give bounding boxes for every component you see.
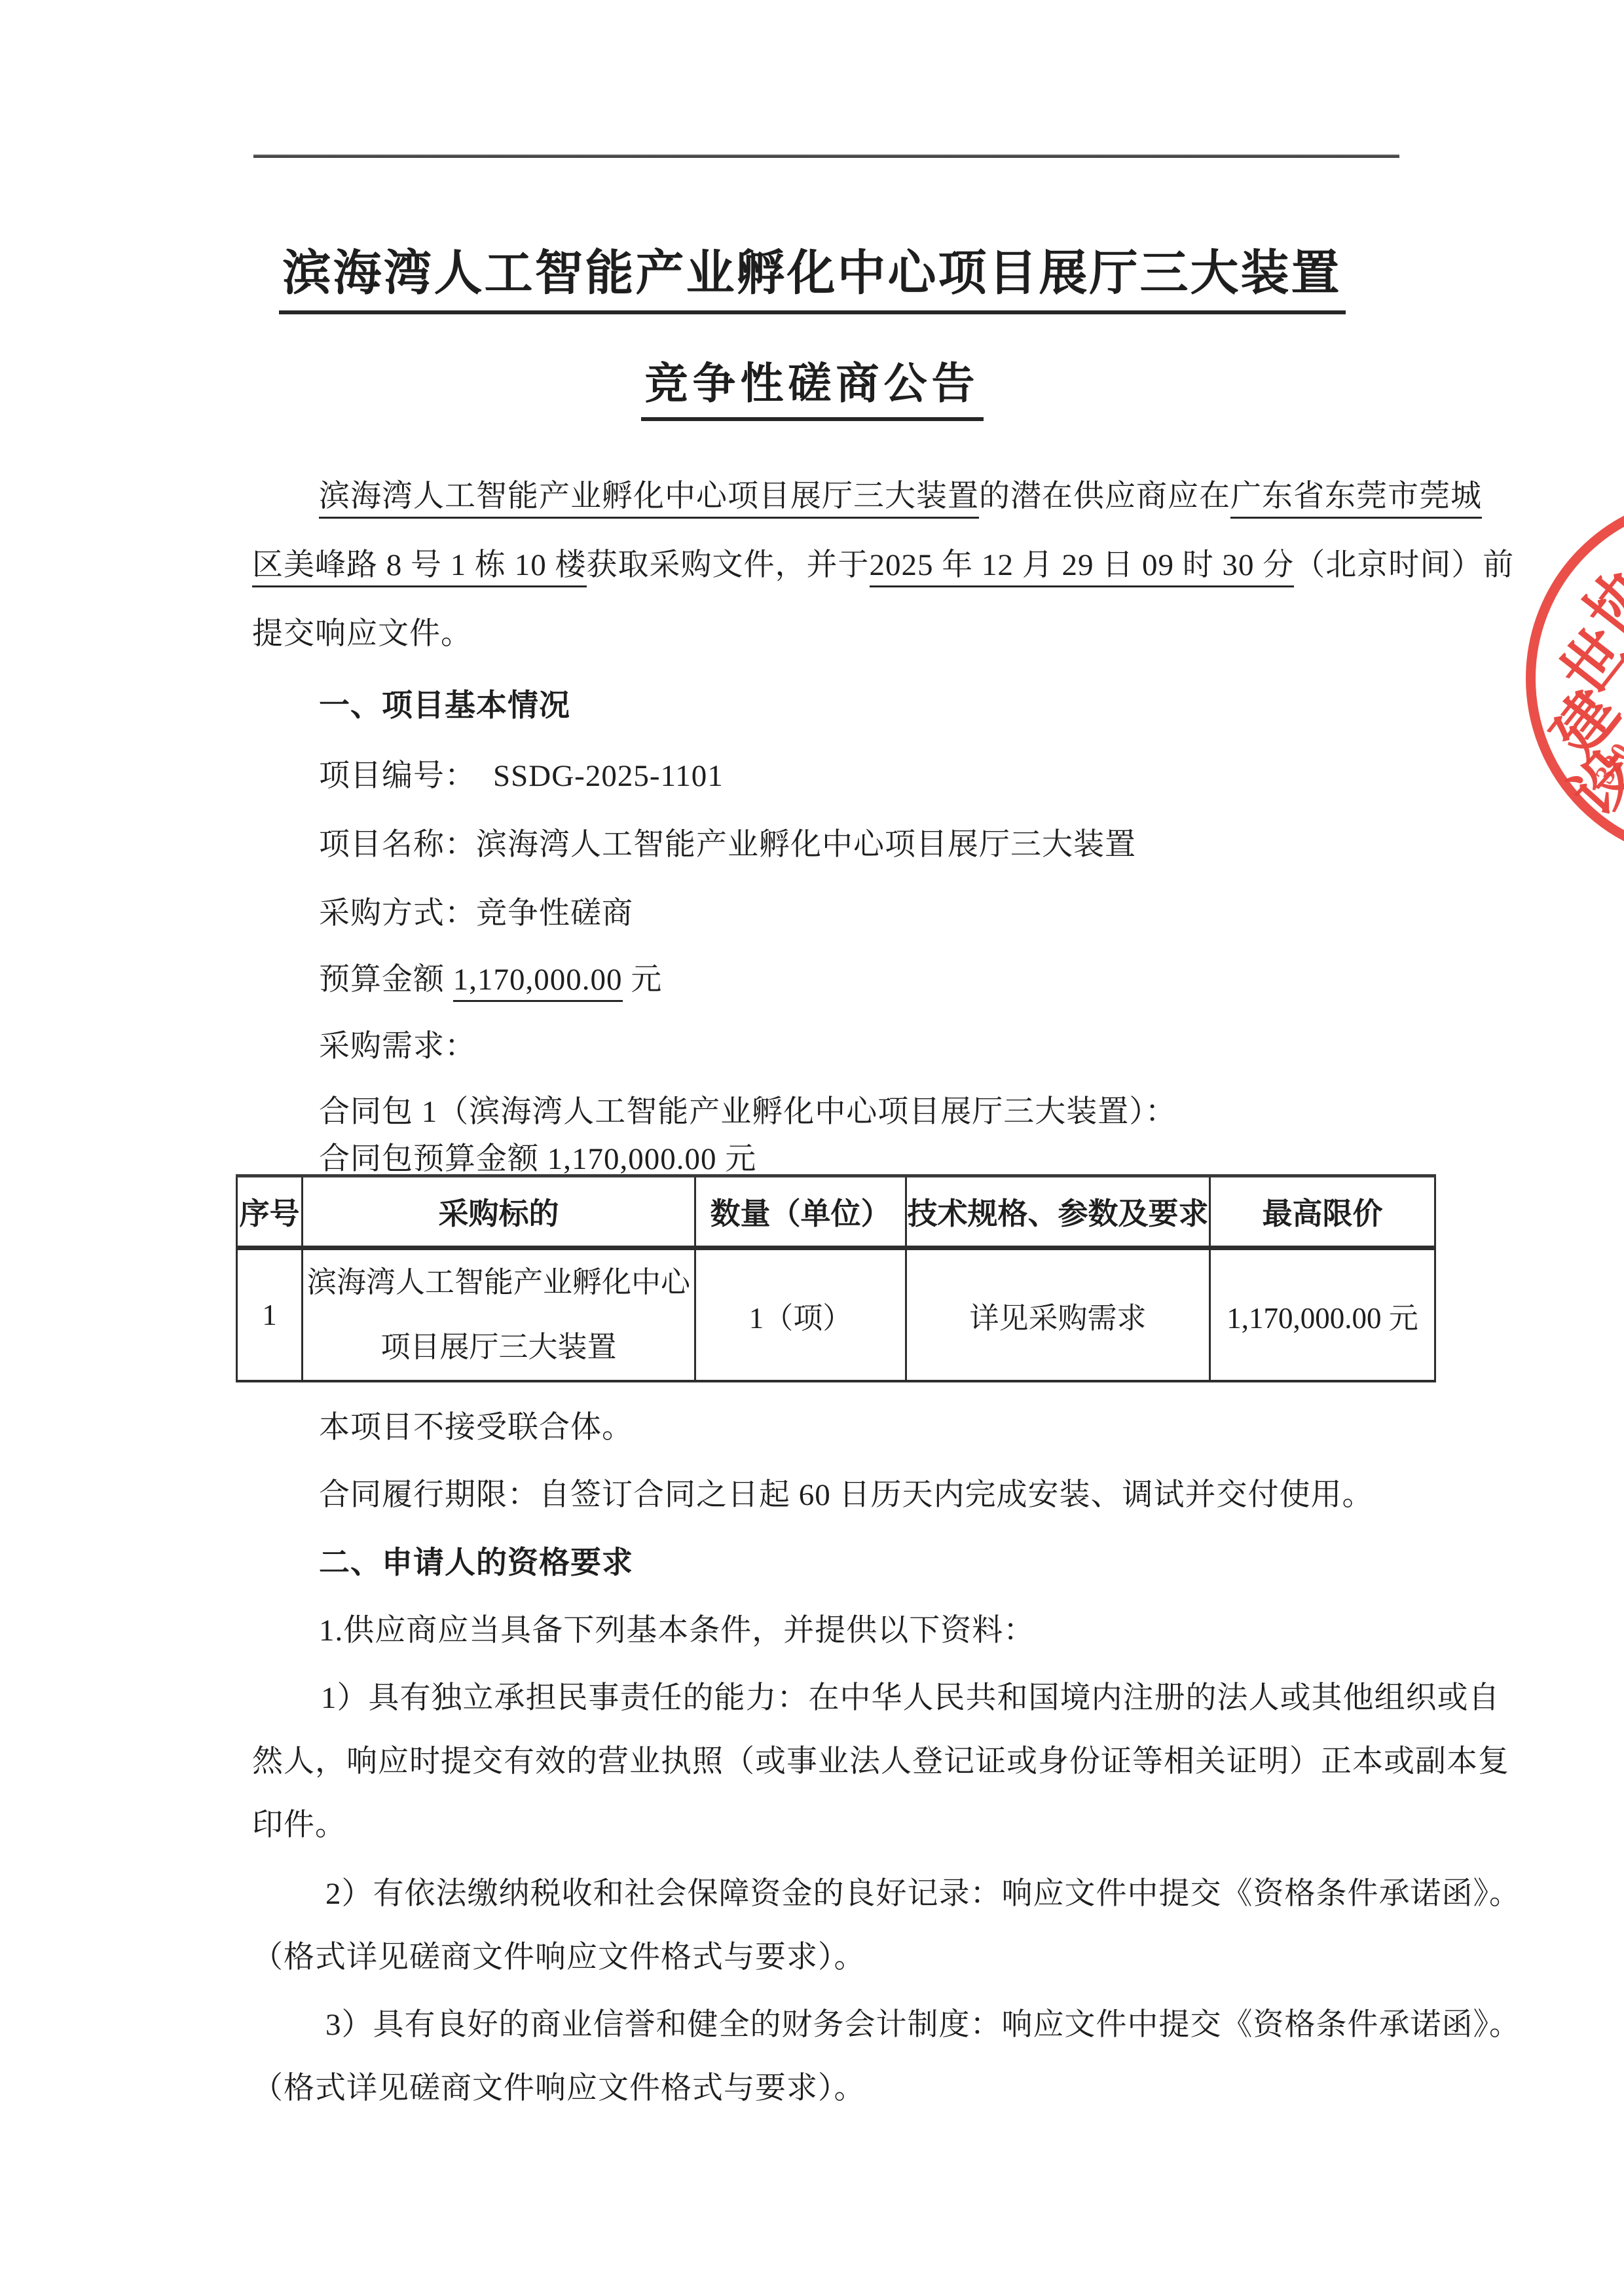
cell-seq: 1: [237, 1248, 303, 1382]
contract-package-line: 合同包 1（滨海湾人工智能产业孵化中心项目展厅三大装置）：: [319, 1092, 1177, 1132]
deadline-underlined: 2025 年 12 月 29 日 09 时 30 分: [870, 548, 1295, 587]
section2-heading: 二、申请人的资格要求: [319, 1544, 633, 1583]
qualification-item2-line2: （格式详见磋商文件响应文件格式与要求）。: [252, 1938, 866, 1977]
intro-line-3: 提交响应文件。: [252, 614, 472, 654]
table-header-row: 序号 采购标的 数量（单位） 技术规格、参数及要求 最高限价: [237, 1176, 1435, 1248]
cell-subject: 滨海湾人工智能产业孵化中心 项目展厅三大装置: [303, 1248, 695, 1382]
procurement-method-line: 采购方式：竞争性磋商: [319, 894, 633, 933]
package-budget-line: 合同包预算金额 1,170,000.00 元: [319, 1139, 756, 1179]
col-header-qty: 数量（单位）: [695, 1176, 906, 1248]
scanned-document-page: 滨海湾人工智能产业孵化中心项目展厅三大装置 竞争性磋商公告 滨海湾人工智能产业孵…: [0, 0, 1624, 2296]
project-number-label: 项目编号：: [319, 759, 476, 793]
intro-line-2-tail: （北京时间）前: [1294, 548, 1514, 582]
section1-heading: 一、项目基本情况: [319, 686, 570, 726]
table-row: 1 滨海湾人工智能产业孵化中心 项目展厅三大装置 1（项） 详见采购需求 1,1…: [237, 1248, 1435, 1382]
qualification-item3-line1: 3）具有良好的商业信誉和健全的财务会计制度：响应文件中提交《资格条件承诺函》。: [325, 2005, 1521, 2045]
qualification-item1-line3: 印件。: [252, 1805, 346, 1845]
col-header-seq: 序号: [237, 1176, 303, 1248]
header-rule: [253, 155, 1399, 158]
col-header-subject: 采购标的: [303, 1176, 695, 1248]
performance-period-line: 合同履行期限：自签订合同之日起 60 日历天内完成安装、调试并交付使用。: [319, 1475, 1374, 1515]
cell-spec: 详见采购需求: [906, 1248, 1210, 1382]
document-title: 滨海湾人工智能产业孵化中心项目展厅三大装置: [0, 234, 1624, 314]
qualification-item3-line2: （格式详见磋商文件响应文件格式与要求）。: [252, 2069, 866, 2108]
cell-subject-line1: 滨海湾人工智能产业孵化中心: [303, 1250, 694, 1315]
qualification-item2-line1: 2）有依法缴纳税收和社会保障资金的良好记录：响应文件中提交《资格条件承诺函》。: [325, 1874, 1521, 1914]
col-header-spec: 技术规格、参数及要求: [906, 1176, 1210, 1248]
intro-line-1: 滨海湾人工智能产业孵化中心项目展厅三大装置的潜在供应商应在广东省东莞市莞城: [319, 477, 1482, 516]
document-subtitle: 竞争性磋商公告: [0, 348, 1624, 421]
supplier-conditions-intro: 1.供应商应当具备下列基本条件，并提供以下资料：: [319, 1611, 1035, 1650]
col-header-maxprice: 最高限价: [1210, 1176, 1435, 1248]
budget-unit: 元: [623, 963, 663, 997]
budget-amount-underlined: 1,170,000.00: [453, 963, 623, 1002]
cell-subject-line2: 项目展厅三大装置: [303, 1315, 694, 1380]
qualification-item1-line2: 然人，响应时提交有效的营业执照（或事业法人登记证或身份证等相关证明）正本或副本复: [252, 1742, 1509, 1781]
address-underlined-part1: 广东省东莞市莞城: [1230, 479, 1482, 519]
cell-qty: 1（项）: [695, 1248, 906, 1382]
intro-line-2-text: 获取采购文件，并于: [587, 548, 870, 582]
project-number-value: SSDG-2025-1101: [493, 759, 724, 793]
project-number-line: 项目编号：SSDG-2025-1101: [319, 756, 724, 796]
budget-label: 预算金额: [319, 963, 453, 997]
project-name-underlined: 滨海湾人工智能产业孵化中心项目展厅三大装置: [319, 479, 979, 519]
intro-line-1-text: 的潜在供应商应在: [979, 479, 1230, 513]
address-underlined-part2: 区美峰路 8 号 1 栋 10 楼: [252, 548, 587, 587]
demand-line: 采购需求：: [319, 1027, 476, 1066]
cell-maxprice: 1,170,000.00 元: [1210, 1248, 1435, 1382]
project-name-line: 项目名称：滨海湾人工智能产业孵化中心项目展厅三大装置: [319, 825, 1136, 864]
document-subtitle-text: 竞争性磋商公告: [641, 348, 984, 421]
procurement-table: 序号 采购标的 数量（单位） 技术规格、参数及要求 最高限价 1 滨海湾人工智能…: [236, 1174, 1436, 1382]
budget-line: 预算金额 1,170,000.00 元: [319, 960, 662, 999]
qualification-item1-line1: 1）具有独立承担民事责任的能力：在中华人民共和国境内注册的法人或其他组织或自: [321, 1678, 1500, 1718]
intro-line-2: 区美峰路 8 号 1 栋 10 楼获取采购文件，并于2025 年 12 月 29…: [252, 546, 1514, 585]
no-consortium-line: 本项目不接受联合体。: [319, 1408, 633, 1447]
document-title-text: 滨海湾人工智能产业孵化中心项目展厅三大装置: [279, 234, 1346, 314]
